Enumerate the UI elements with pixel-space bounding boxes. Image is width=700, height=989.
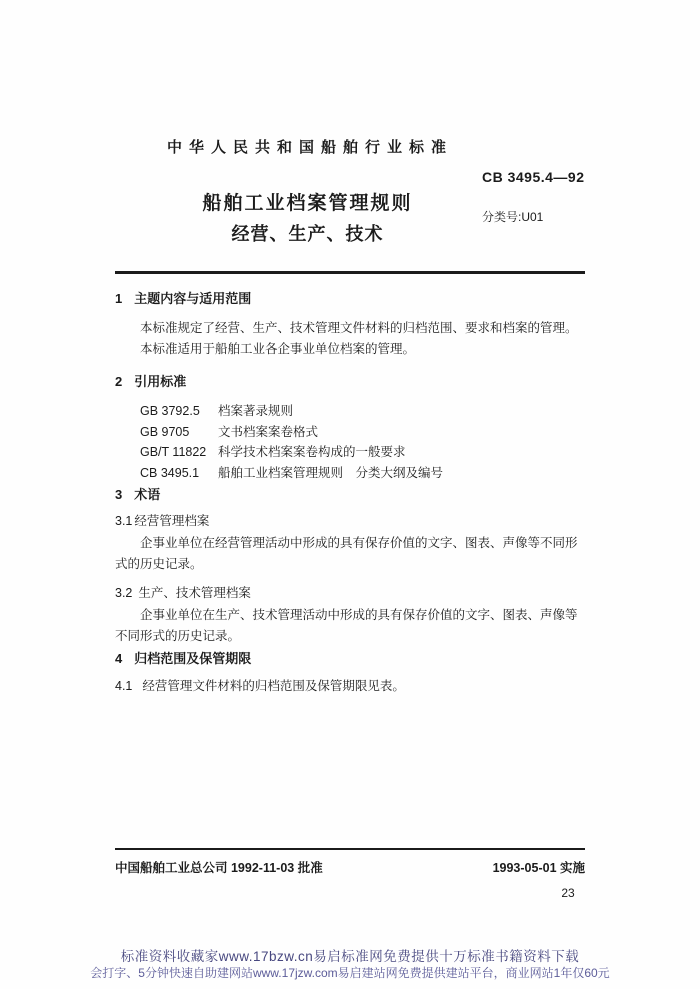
watermark-line-2: 会打字、5分钟快速自助建网站www.17jzw.com易启建站网免费提供建站平台… bbox=[0, 964, 700, 981]
clause-text: 经营管理文件材料的归档范围及保管期限见表。 bbox=[142, 679, 405, 693]
implementation-date: 1993-05-01 实施 bbox=[385, 858, 585, 876]
section-4-heading: 4归档范围及保管期限 bbox=[115, 650, 585, 667]
section-3-number: 3 bbox=[115, 487, 122, 502]
term-3-2-heading: 3.2生产、技术管理档案 bbox=[115, 584, 585, 603]
classification-number: 分类号:U01 bbox=[482, 208, 543, 225]
section-1-paragraph: 本标准规定了经营、生产、技术管理文件材料的归档范围、要求和档案的管理。 bbox=[115, 318, 585, 339]
footer-divider bbox=[115, 848, 585, 850]
reference-list: GB 3792.5档案著录规则 GB 9705文书档案案卷格式 GB/T 118… bbox=[115, 401, 585, 483]
section-1-paragraph: 本标准适用于船舶工业各企事业单位档案的管理。 bbox=[115, 339, 585, 360]
section-4-title: 归档范围及保管期限 bbox=[134, 651, 251, 666]
section-1-number: 1 bbox=[115, 291, 122, 306]
term-name: 生产、技术管理档案 bbox=[138, 586, 251, 600]
term-3-1-heading: 3.1经营管理档案 bbox=[115, 512, 585, 531]
page-number: 23 bbox=[553, 886, 583, 900]
reference-title: 船舶工业档案管理规则 分类大纲及编号 bbox=[218, 466, 443, 480]
section-1-heading: 1主题内容与适用范围 bbox=[115, 290, 585, 307]
section-4-number: 4 bbox=[115, 651, 122, 666]
term-3-2-definition: 企事业单位在生产、技术管理活动中形成的具有保存价值的文字、图表、声像等不同形式的… bbox=[115, 605, 585, 647]
standard-type-title: 中华人民共和国船舶行业标准 bbox=[115, 136, 505, 157]
reference-code: GB/T 11822 bbox=[140, 442, 218, 463]
section-2-number: 2 bbox=[115, 374, 122, 389]
section-3-heading: 3术语 bbox=[115, 486, 585, 503]
document-title: 船舶工业档案管理规则 bbox=[115, 188, 500, 215]
reference-row: GB 9705文书档案案卷格式 bbox=[115, 422, 585, 443]
term-name: 经营管理档案 bbox=[134, 514, 209, 528]
section-2-title: 引用标准 bbox=[134, 374, 186, 389]
document-subtitle: 经营、生产、技术 bbox=[115, 220, 500, 246]
reference-code: GB 3792.5 bbox=[140, 401, 218, 422]
document-body: 1主题内容与适用范围 本标准规定了经营、生产、技术管理文件材料的归档范围、要求和… bbox=[115, 283, 585, 697]
reference-title: 档案著录规则 bbox=[218, 404, 293, 418]
watermark-line-1: 标准资料收藏家www.17bzw.cn易启标准网免费提供十万标准书籍资料下载 bbox=[0, 945, 700, 965]
term-number: 3.1 bbox=[115, 514, 132, 528]
clause-4-1: 4.1经营管理文件材料的归档范围及保管期限见表。 bbox=[115, 676, 585, 697]
reference-code: CB 3495.1 bbox=[140, 463, 218, 484]
reference-title: 文书档案案卷格式 bbox=[218, 425, 318, 439]
reference-code: GB 9705 bbox=[140, 422, 218, 443]
header-divider bbox=[115, 271, 585, 274]
term-3-1-definition: 企事业单位在经营管理活动中形成的具有保存价值的文字、图表、声像等不同形式的历史记… bbox=[115, 533, 585, 575]
reference-title: 科学技术档案案卷构成的一般要求 bbox=[218, 445, 406, 459]
term-number: 3.2 bbox=[115, 586, 132, 600]
approval-statement: 中国船舶工业总公司 1992-11-03 批准 bbox=[115, 858, 323, 876]
section-3-title: 术语 bbox=[134, 487, 160, 502]
document-page: 中华人民共和国船舶行业标准 CB 3495.4—92 船舶工业档案管理规则 经营… bbox=[0, 0, 700, 989]
reference-row: CB 3495.1船舶工业档案管理规则 分类大纲及编号 bbox=[115, 463, 585, 484]
clause-number: 4.1 bbox=[115, 679, 132, 693]
reference-row: GB/T 11822科学技术档案案卷构成的一般要求 bbox=[115, 442, 585, 463]
reference-row: GB 3792.5档案著录规则 bbox=[115, 401, 585, 422]
standard-number: CB 3495.4—92 bbox=[482, 169, 585, 185]
section-2-heading: 2引用标准 bbox=[115, 373, 585, 390]
section-1-title: 主题内容与适用范围 bbox=[134, 291, 251, 306]
